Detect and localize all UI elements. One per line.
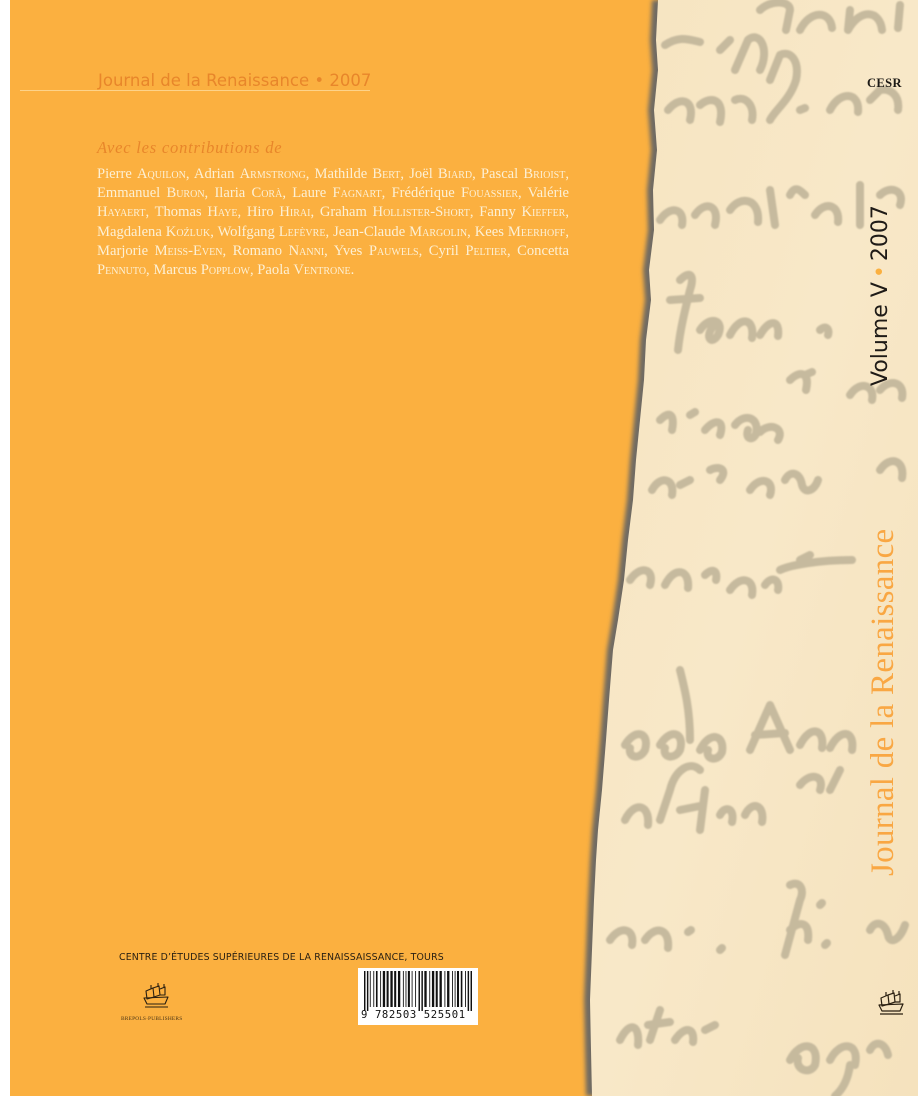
contributor-first-name: Fanny [479, 204, 521, 220]
contributor-last-name: Armstrong [240, 166, 306, 182]
contributor: Paola Ventrone [257, 262, 350, 278]
contributor-last-name: Nanni [289, 243, 325, 259]
contributor-first-name: Yves [334, 243, 369, 259]
contributor-first-name: Ilaria [214, 185, 251, 201]
contributor-last-name: Popplow [201, 262, 250, 278]
contributor: Magdalena Koźluk [97, 224, 210, 240]
contributor-last-name: Corà [251, 185, 282, 201]
publisher-label: BREPOLS·PUBLISHERS [121, 1016, 182, 1022]
contributor-first-name: Jean-Claude [333, 224, 409, 240]
contributor-last-name: Buron [166, 185, 204, 201]
contributor-first-name: Marjorie [97, 243, 155, 259]
contributor-first-name: Valérie [528, 185, 569, 201]
contributor-last-name: Haye [207, 204, 237, 220]
contributor-last-name: Meiss-Even [155, 243, 223, 259]
contributors-list: Pierre Aquilon, Adrian Armstrong, Mathil… [97, 165, 569, 280]
contributor-first-name: Pascal [481, 166, 523, 182]
contributor: Laure Fagnart [292, 185, 381, 201]
contributor-first-name: Pierre [97, 166, 137, 182]
contributor-first-name: Romano [233, 243, 289, 259]
contributor-last-name: Meerhoff [508, 224, 565, 240]
spine-title: Journal de la Renaissance [865, 529, 902, 876]
contributions-heading: Avec les contributions de [97, 138, 282, 158]
contributor-last-name: Brioist [523, 166, 565, 182]
spine-volume-label: Volume V [868, 282, 893, 386]
contributor: Joël Biard [409, 166, 472, 182]
contributor: Thomas Haye [155, 204, 238, 220]
spine-separator: • [868, 261, 893, 282]
spine-volume: Volume V•2007 [868, 205, 893, 386]
book-cover: Journal de la Renaissance • 2007 Avec le… [0, 0, 918, 1096]
contributor-first-name: Frédérique [392, 185, 461, 201]
contributor-first-name: Cyril [429, 243, 466, 259]
title-underline [20, 90, 370, 91]
contributor: Ilaria Corà [214, 185, 282, 201]
contributor: Yves Pauwels [334, 243, 419, 259]
contributor: Pascal Brioist [481, 166, 565, 182]
contributor-last-name: Pennuto [97, 262, 146, 278]
contributor-last-name: Fouassier [461, 185, 518, 201]
contributor-first-name: Magdalena [97, 224, 166, 240]
contributor-last-name: Peltier [465, 243, 507, 259]
contributor-last-name: Bert [372, 166, 400, 182]
contributor-first-name: Laure [292, 185, 332, 201]
contributor: Marcus Popplow [153, 262, 250, 278]
contributor: Jean-Claude Margolin [333, 224, 467, 240]
contributor-first-name: Marcus [153, 262, 200, 278]
contributor-last-name: Kieffer [521, 204, 565, 220]
contributor: Fanny Kieffer [479, 204, 565, 220]
contributor-first-name: Emmanuel [97, 185, 166, 201]
contributor-last-name: Koźluk [166, 224, 210, 240]
contributor-first-name: Graham [320, 204, 373, 220]
contributor: Kees Meerhoff [475, 224, 566, 240]
barcode-number: 9 782503 525501 [361, 1009, 466, 1021]
contributor-last-name: Aquilon [137, 166, 186, 182]
contributor-last-name: Fagnart [332, 185, 381, 201]
spine-year: 2007 [868, 205, 893, 261]
contributor: Hiro Hirai [247, 204, 311, 220]
contributor: Graham Hollister-Short [320, 204, 470, 220]
ship-icon [141, 983, 171, 1009]
contributor: Pierre Aquilon [97, 166, 186, 182]
contributor-last-name: Hayaert [97, 204, 145, 220]
isbn-barcode: 9 782503 525501 [358, 968, 478, 1025]
contributor: Romano Nanni [233, 243, 325, 259]
contributor: Frédérique Fouassier [392, 185, 518, 201]
back-cover-title: Journal de la Renaissance • 2007 [98, 71, 371, 90]
contributor-first-name: Thomas [155, 204, 208, 220]
contributor: Adrian Armstrong [194, 166, 306, 182]
contributor-first-name: Joël [409, 166, 438, 182]
contributor: Marjorie Meiss-Even [97, 243, 222, 259]
contributor-first-name: Hiro [247, 204, 279, 220]
contributor-first-name: Adrian [194, 166, 240, 182]
centre-label: CENTRE D’ÉTUDES SUPÉRIEURES DE LA RENAIS… [119, 952, 444, 963]
ship-icon [876, 990, 906, 1016]
contributor-first-name: Wolfgang [218, 224, 279, 240]
contributor: Wolfgang Lefèvre [218, 224, 326, 240]
contributor-last-name: Margolin [409, 224, 467, 240]
contributor-last-name: Lefèvre [279, 224, 326, 240]
contributor-first-name: Concetta [517, 243, 569, 259]
barcode-bars [364, 971, 472, 1011]
contributor-last-name: Hollister-Short [373, 204, 470, 220]
contributor-last-name: Pauwels [369, 243, 419, 259]
contributor-last-name: Ventrone [293, 262, 350, 278]
contributor-first-name: Mathilde [315, 166, 373, 182]
contributor: Emmanuel Buron [97, 185, 205, 201]
contributor-first-name: Kees [475, 224, 508, 240]
contributor-last-name: Hirai [279, 204, 310, 220]
contributor: Mathilde Bert [315, 166, 401, 182]
contributor-last-name: Biard [438, 166, 472, 182]
contributor-first-name: Paola [257, 262, 293, 278]
contributor: Cyril Peltier [429, 243, 507, 259]
spine-publisher-short: CESR [867, 76, 902, 91]
